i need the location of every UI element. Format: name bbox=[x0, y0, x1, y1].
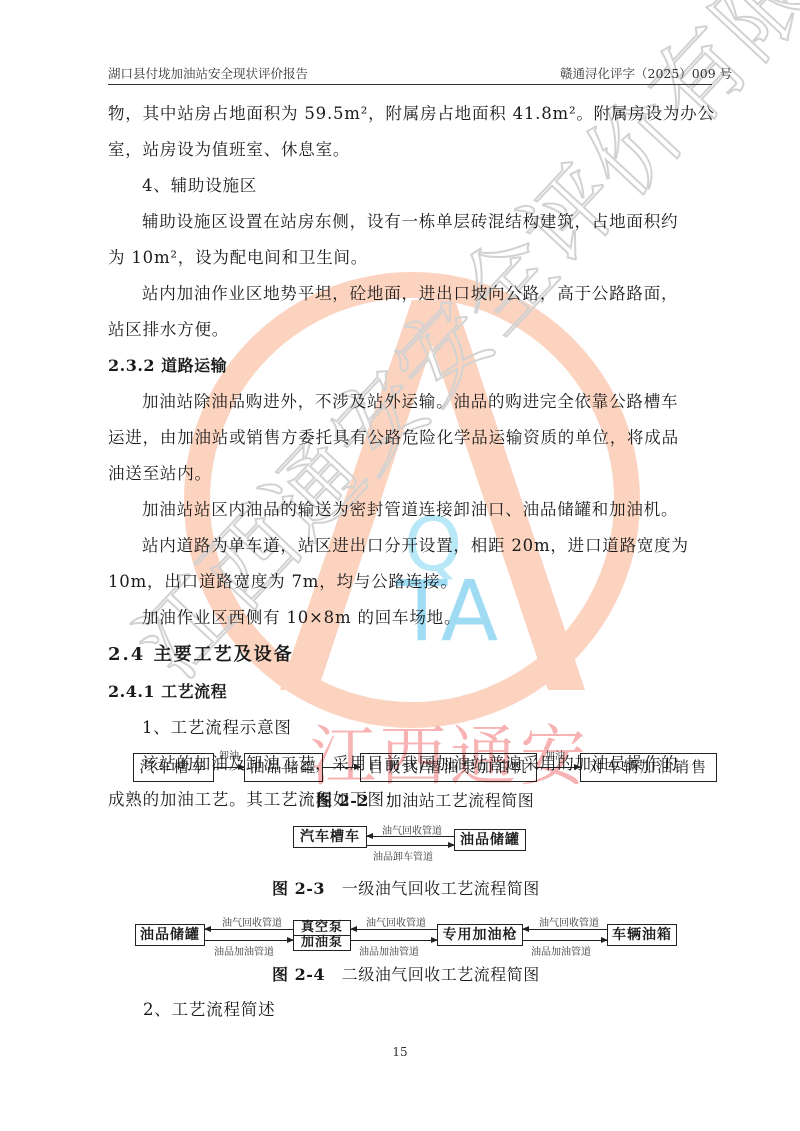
paragraph: 为 10m²，设为配电间和卫生间。 bbox=[108, 240, 718, 276]
arrow-left-icon bbox=[351, 929, 437, 930]
flow-box-storage-tank: 油品储罐 bbox=[135, 924, 205, 946]
arrow-label-fuel-pipe: 油品加油管道 bbox=[359, 943, 419, 958]
caption-number: 图 2-3 bbox=[272, 879, 325, 898]
arrow-label-vapor-recovery: 油气回收管道 bbox=[539, 914, 599, 929]
paragraph: 站内加油作业区地势平坦，砼地面，进出口坡向公路，高于公路路面， bbox=[108, 276, 718, 312]
arrow-left-icon bbox=[367, 836, 454, 837]
paragraph: 10m，出口道路宽度为 7m，均与公路连接。 bbox=[108, 564, 718, 600]
arrow-label-fuel-pipe: 油品加油管道 bbox=[214, 943, 274, 958]
arrow-label-fuel-pipe: 油品加油管道 bbox=[531, 943, 591, 958]
list-heading: 4、辅助设施区 bbox=[108, 168, 718, 204]
flow-box-vehicle-sales: 对车辆加油销售 bbox=[580, 753, 717, 782]
page-number: 15 bbox=[0, 1045, 800, 1059]
paragraph: 油送至站内。 bbox=[108, 456, 718, 492]
paragraph: 物，其中站房占地面积为 59.5m²，附属房占地面积 41.8m²。附属房设为办… bbox=[108, 96, 718, 132]
caption-text: 一级油气回收工艺流程简图 bbox=[342, 879, 540, 898]
caption-text: 二级油气回收工艺流程简图 bbox=[342, 965, 540, 984]
arrow-right-icon bbox=[205, 940, 293, 941]
caption-number: 图 2-2 bbox=[316, 791, 369, 810]
figure-2-2-caption: 图 2-2 加油站工艺流程简图 bbox=[316, 788, 534, 811]
paragraph: 室，站房设为值班室、休息室。 bbox=[108, 132, 718, 168]
header-doc-number: 赣通浔化评字（2025）009 号 bbox=[560, 64, 710, 82]
section-heading-2-4-1: 2.4.1 工艺流程 bbox=[108, 674, 718, 710]
figure-2-3-caption: 图 2-3 一级油气回收工艺流程简图 bbox=[272, 876, 540, 899]
flow-box-storage-tank: 油品储罐 bbox=[454, 829, 526, 851]
arrow-left-icon bbox=[205, 929, 293, 930]
paragraph: 加油站除油品购进外，不涉及站外运输。油品的购进完全依靠公路槽车 bbox=[108, 384, 718, 420]
list-heading: 1、工艺流程示意图 bbox=[108, 710, 718, 746]
body-text: 物，其中站房占地面积为 59.5m²，附属房占地面积 41.8m²。附属房设为办… bbox=[108, 96, 718, 818]
arrow-right-icon bbox=[537, 767, 580, 768]
flow-box-tanker: 汽车槽车 bbox=[293, 826, 367, 848]
section-heading-2-3-2: 2.3.2 道路运输 bbox=[108, 348, 718, 384]
list-heading: 2、工艺流程简述 bbox=[143, 992, 275, 1028]
flow-box-storage-tank: 油品储罐 bbox=[244, 753, 323, 782]
header-title: 湖口县付垅加油站安全现状评价报告 bbox=[108, 64, 474, 82]
header-divider bbox=[108, 84, 712, 85]
caption-text: 加油站工艺流程简图 bbox=[386, 791, 535, 810]
arrow-left-icon bbox=[523, 929, 607, 930]
arrow-label-vapor-recovery: 油气回收管道 bbox=[222, 914, 282, 929]
arrow-right-icon bbox=[351, 940, 437, 941]
figure-2-4-caption: 图 2-4 二级油气回收工艺流程简图 bbox=[272, 962, 540, 985]
arrow-label-refuel: 加油 bbox=[545, 747, 565, 762]
section-heading-2-4: 2.4 主要工艺及设备 bbox=[108, 636, 718, 674]
arrow-right-icon bbox=[214, 767, 244, 768]
caption-number: 图 2-4 bbox=[272, 965, 325, 984]
paragraph: 加油站站区内油品的输送为密封管道连接卸油口、油品储罐和加油机。 bbox=[108, 492, 718, 528]
arrow-right-icon bbox=[523, 940, 607, 941]
arrow-right-icon bbox=[367, 845, 454, 846]
paragraph: 辅助设施区设置在站房东侧，设有一栋单层砖混结构建筑，占地面积约 bbox=[108, 204, 718, 240]
arrow-label-unload: 卸油 bbox=[219, 747, 239, 762]
arrow-label-vapor-recovery: 油气回收管道 bbox=[382, 822, 442, 837]
arrow-label-vapor-recovery: 油气回收管道 bbox=[366, 914, 426, 929]
arrow-right-icon bbox=[323, 767, 360, 768]
paragraph: 运进，由加油站或销售方委托具有公路危险化学品运输资质的单位，将成品 bbox=[108, 420, 718, 456]
document-page: Q TA 江西通安 江西通安安全评价有限公司 湖口县付垅加油站安全现状评价报告 … bbox=[0, 0, 800, 1131]
paragraph: 加油作业区西侧有 10×8m 的回车场地。 bbox=[108, 600, 718, 636]
arrow-label-unload-pipe: 油品卸车管道 bbox=[373, 848, 433, 863]
flow-box-vehicle-tank: 车辆油箱 bbox=[607, 924, 677, 946]
flow-box-fuel-pump: 加油泵 bbox=[293, 935, 351, 951]
flow-box-nozzle: 专用加油枪 bbox=[437, 924, 523, 946]
paragraph: 站内道路为单车道，站区进出口分开设置，相距 20m，进口道路宽度为 bbox=[108, 528, 718, 564]
flow-box-vacuum-pump: 真空泵 bbox=[293, 920, 351, 936]
paragraph: 站区排水方便。 bbox=[108, 312, 718, 348]
flow-box-tanker: 汽车槽车 bbox=[133, 753, 214, 782]
flow-box-dispenser: 自吸式/潜油泵加油机 bbox=[360, 753, 537, 782]
